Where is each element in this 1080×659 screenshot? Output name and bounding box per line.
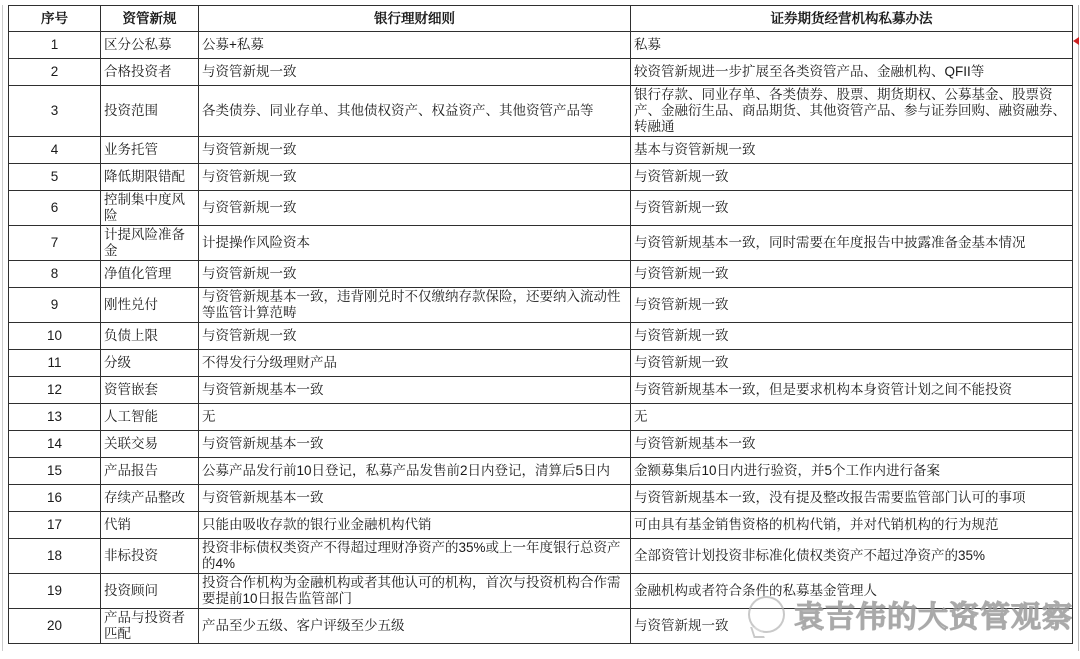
table-row: 2合格投资者与资管新规一致较资管新规进一步扩展至各类资管产品、金融机构、QFII… [9, 59, 1073, 86]
cell-topic: 人工智能 [101, 404, 199, 431]
cell-no: 1 [9, 32, 101, 59]
sheet-gridline-right [1078, 5, 1079, 651]
cell-bank: 与资管新规基本一致，违背刚兑时不仅缴纳存款保险，还要纳入流动性等监管计算范畴 [199, 288, 631, 323]
cell-securities: 与资管新规一致 [631, 323, 1073, 350]
cell-no: 9 [9, 288, 101, 323]
cell-topic: 资管嵌套 [101, 377, 199, 404]
column-header-securities: 证券期货经营机构私募办法 [631, 6, 1073, 32]
cell-securities: 与资管新规一致 [631, 609, 1073, 644]
comparison-table: 序号 资管新规 银行理财细则 证券期货经营机构私募办法 1区分公私募公募+私募私… [8, 5, 1073, 644]
cell-bank: 计提操作风险资本 [199, 226, 631, 261]
red-flag-marker-icon [1073, 37, 1079, 45]
cell-no: 11 [9, 350, 101, 377]
cell-no: 20 [9, 609, 101, 644]
cell-securities: 与资管新规基本一致，同时需要在年度报告中披露准备金基本情况 [631, 226, 1073, 261]
table-row: 9刚性兑付与资管新规基本一致，违背刚兑时不仅缴纳存款保险，还要纳入流动性等监管计… [9, 288, 1073, 323]
cell-bank: 与资管新规一致 [199, 137, 631, 164]
cell-no: 19 [9, 574, 101, 609]
table-row: 14关联交易与资管新规基本一致与资管新规基本一致 [9, 431, 1073, 458]
cell-topic: 投资范围 [101, 86, 199, 137]
cell-topic: 业务托管 [101, 137, 199, 164]
cell-no: 13 [9, 404, 101, 431]
page-background: 序号 资管新规 银行理财细则 证券期货经营机构私募办法 1区分公私募公募+私募私… [0, 0, 1080, 659]
table-row: 4业务托管与资管新规一致基本与资管新规一致 [9, 137, 1073, 164]
cell-topic: 存续产品整改 [101, 485, 199, 512]
cell-securities: 与资管新规基本一致，但是要求机构本身资管计划之间不能投资 [631, 377, 1073, 404]
table-row: 18非标投资投资非标债权类资产不得超过理财净资产的35%或上一年度银行总资产的4… [9, 539, 1073, 574]
cell-no: 16 [9, 485, 101, 512]
table-row: 20产品与投资者匹配产品至少五级、客户评级至少五级与资管新规一致 [9, 609, 1073, 644]
cell-no: 3 [9, 86, 101, 137]
table-row: 15产品报告公募产品发行前10日登记，私募产品发售前2日内登记，清算后5日内金额… [9, 458, 1073, 485]
cell-bank: 产品至少五级、客户评级至少五级 [199, 609, 631, 644]
cell-securities: 与资管新规基本一致，没有提及整改报告需要监管部门认可的事项 [631, 485, 1073, 512]
table-row: 10负债上限与资管新规一致与资管新规一致 [9, 323, 1073, 350]
table-row: 1区分公私募公募+私募私募 [9, 32, 1073, 59]
table-row: 11分级不得发行分级理财产品与资管新规一致 [9, 350, 1073, 377]
cell-topic: 投资顾问 [101, 574, 199, 609]
cell-no: 5 [9, 164, 101, 191]
cell-topic: 产品与投资者匹配 [101, 609, 199, 644]
cell-securities: 金额募集后10日内进行验资，并5个工作内进行备案 [631, 458, 1073, 485]
table-row: 12资管嵌套与资管新规基本一致与资管新规基本一致，但是要求机构本身资管计划之间不… [9, 377, 1073, 404]
table-row: 3投资范围各类债券、同业存单、其他债权资产、权益资产、其他资管产品等银行存款、同… [9, 86, 1073, 137]
table-row: 7计提风险准备金计提操作风险资本与资管新规基本一致，同时需要在年度报告中披露准备… [9, 226, 1073, 261]
cell-bank: 不得发行分级理财产品 [199, 350, 631, 377]
cell-no: 12 [9, 377, 101, 404]
header-row: 序号 资管新规 银行理财细则 证券期货经营机构私募办法 [9, 6, 1073, 32]
cell-topic: 关联交易 [101, 431, 199, 458]
table-row: 8净值化管理与资管新规一致与资管新规一致 [9, 261, 1073, 288]
cell-topic: 区分公私募 [101, 32, 199, 59]
cell-topic: 刚性兑付 [101, 288, 199, 323]
cell-bank: 与资管新规基本一致 [199, 485, 631, 512]
cell-topic: 合格投资者 [101, 59, 199, 86]
cell-topic: 代销 [101, 512, 199, 539]
column-header-bank: 银行理财细则 [199, 6, 631, 32]
cell-bank: 与资管新规一致 [199, 191, 631, 226]
cell-bank: 与资管新规一致 [199, 323, 631, 350]
cell-securities: 无 [631, 404, 1073, 431]
cell-topic: 负债上限 [101, 323, 199, 350]
cell-topic: 控制集中度风险 [101, 191, 199, 226]
table-row: 17代销只能由吸收存款的银行业金融机构代销可由具有基金销售资格的机构代销，并对代… [9, 512, 1073, 539]
cell-securities: 与资管新规一致 [631, 261, 1073, 288]
table-row: 13人工智能无无 [9, 404, 1073, 431]
cell-securities: 与资管新规一致 [631, 164, 1073, 191]
cell-bank: 与资管新规基本一致 [199, 431, 631, 458]
cell-securities: 私募 [631, 32, 1073, 59]
cell-securities: 全部资管计划投资非标准化债权类资产不超过净资产的35% [631, 539, 1073, 574]
table-row: 6控制集中度风险与资管新规一致与资管新规一致 [9, 191, 1073, 226]
cell-no: 15 [9, 458, 101, 485]
cell-securities: 较资管新规进一步扩展至各类资管产品、金融机构、QFII等 [631, 59, 1073, 86]
cell-bank: 与资管新规一致 [199, 164, 631, 191]
cell-no: 10 [9, 323, 101, 350]
cell-topic: 产品报告 [101, 458, 199, 485]
cell-securities: 与资管新规一致 [631, 191, 1073, 226]
cell-bank: 投资非标债权类资产不得超过理财净资产的35%或上一年度银行总资产的4% [199, 539, 631, 574]
cell-topic: 分级 [101, 350, 199, 377]
cell-no: 2 [9, 59, 101, 86]
cell-bank: 与资管新规一致 [199, 59, 631, 86]
cell-bank: 投资合作机构为金融机构或者其他认可的机构，首次与投资机构合作需要提前10日报告监… [199, 574, 631, 609]
column-header-no: 序号 [9, 6, 101, 32]
cell-securities: 与资管新规基本一致 [631, 431, 1073, 458]
cell-securities: 与资管新规一致 [631, 288, 1073, 323]
cell-topic: 降低期限错配 [101, 164, 199, 191]
cell-securities: 可由具有基金销售资格的机构代销，并对代销机构的行为规范 [631, 512, 1073, 539]
cell-no: 7 [9, 226, 101, 261]
cell-securities: 基本与资管新规一致 [631, 137, 1073, 164]
cell-topic: 净值化管理 [101, 261, 199, 288]
cell-no: 6 [9, 191, 101, 226]
cell-bank: 无 [199, 404, 631, 431]
sheet-gridline-left [2, 5, 3, 651]
cell-bank: 与资管新规一致 [199, 261, 631, 288]
cell-no: 18 [9, 539, 101, 574]
cell-topic: 非标投资 [101, 539, 199, 574]
column-header-topic: 资管新规 [101, 6, 199, 32]
table-row: 19投资顾问投资合作机构为金融机构或者其他认可的机构，首次与投资机构合作需要提前… [9, 574, 1073, 609]
cell-bank: 公募+私募 [199, 32, 631, 59]
cell-no: 8 [9, 261, 101, 288]
cell-securities: 金融机构或者符合条件的私募基金管理人 [631, 574, 1073, 609]
table-row: 5降低期限错配与资管新规一致与资管新规一致 [9, 164, 1073, 191]
cell-no: 14 [9, 431, 101, 458]
cell-bank: 各类债券、同业存单、其他债权资产、权益资产、其他资管产品等 [199, 86, 631, 137]
table-row: 16存续产品整改与资管新规基本一致与资管新规基本一致，没有提及整改报告需要监管部… [9, 485, 1073, 512]
cell-bank: 与资管新规基本一致 [199, 377, 631, 404]
cell-bank: 只能由吸收存款的银行业金融机构代销 [199, 512, 631, 539]
cell-securities: 与资管新规一致 [631, 350, 1073, 377]
cell-securities: 银行存款、同业存单、各类债券、股票、期货期权、公募基金、股票资产、金融衍生品、商… [631, 86, 1073, 137]
cell-no: 17 [9, 512, 101, 539]
cell-topic: 计提风险准备金 [101, 226, 199, 261]
cell-bank: 公募产品发行前10日登记，私募产品发售前2日内登记，清算后5日内 [199, 458, 631, 485]
cell-no: 4 [9, 137, 101, 164]
